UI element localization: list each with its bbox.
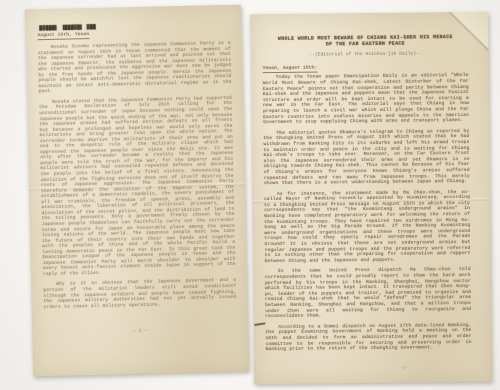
page-1: █▓███▌ ▐███▓█▌ ▓██ August 15th, Yenan No… xyxy=(25,5,249,377)
paragraph: According to a Domei dispatch on August … xyxy=(265,323,471,353)
paragraph: As for instance, the statement made by M… xyxy=(264,190,471,265)
page-number: — 1 — xyxy=(32,327,248,337)
article-subtitle: --(Editorial of the Hsinhua-jih Daily)-- xyxy=(262,51,468,59)
page-2: WHOLE WORLD MUST BEWARE OF CHIANG KAI-SH… xyxy=(250,12,492,384)
dateline-underline: Yenan, August 15th: xyxy=(263,66,318,73)
paragraph: The editorial quotes Okamura's telegram … xyxy=(263,129,470,187)
paragraph: In the same United Press dispatch Ma Cha… xyxy=(265,267,472,319)
paragraph: Today the Yenan paper Emancipation Daily… xyxy=(263,73,470,125)
page-number: -2- xyxy=(400,366,409,371)
paragraph: Nosaka Susumu representing the Japanese … xyxy=(38,41,232,95)
margin-tick xyxy=(254,322,265,325)
paragraph: Why is it so obvious that the Japanese G… xyxy=(43,278,237,310)
paragraph: Nosaka stated that the Japanese Communis… xyxy=(39,96,236,278)
document-scan: █▓███▌ ▐███▓█▌ ▓██ August 15th, Yenan No… xyxy=(0,0,500,390)
dateline-heading: Yenan, August 15th: xyxy=(263,64,469,71)
dateline-underline: August 15th, Yenan xyxy=(37,32,89,40)
article-title: OF THE FAR EASTERN PEACE xyxy=(262,40,468,48)
